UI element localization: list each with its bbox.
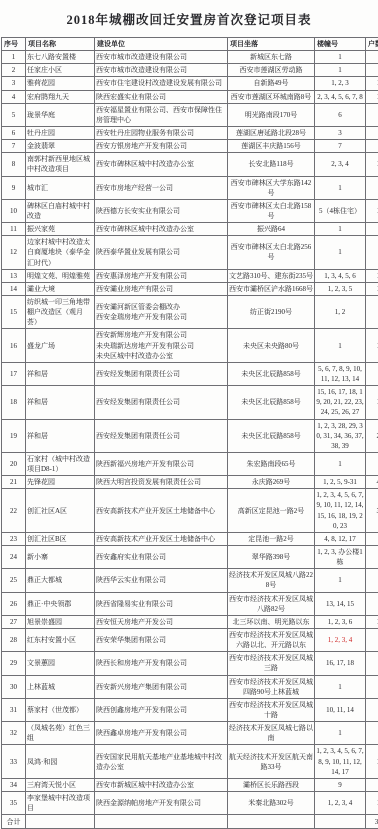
cell-households: 974: [366, 532, 378, 545]
table-row: 33凤鸿·和园西安国家民用航天基地产业基地城中村改造办公室航天经济技术开发区航天…: [2, 745, 378, 778]
cell-unit: 西安惠泽房地产开发有限公司: [95, 269, 228, 282]
cell-buildings: 1, 2, 5, 9-31: [315, 476, 366, 489]
cell-unit: 西安市住宅建设村改造建设发展有限公司: [95, 77, 228, 90]
cell-no: 4: [2, 90, 26, 103]
cell-name: 创汇社区B区: [26, 532, 95, 545]
cell-households: 1133: [366, 792, 378, 815]
cell-name: 三府湾天悦小区: [26, 778, 95, 791]
cell-households: 351: [366, 103, 378, 126]
cell-no: 23: [2, 532, 26, 545]
total-empty: [315, 815, 366, 829]
cell-location: 西安市经济技术开发区凤城六路以北、开元路以东: [228, 629, 315, 652]
table-row: 16盛龙广场西安新辉房地产开发有限公司 未央瑞新达房地产开发有限公司 未央区城中…: [2, 329, 378, 362]
cell-unit: 陕西泰华置业发展有限公司: [95, 236, 228, 269]
cell-no: 20: [2, 452, 26, 475]
cell-households: 805: [366, 629, 378, 652]
cell-name: 振兴家苑: [26, 223, 95, 236]
cell-households: 120: [366, 51, 378, 64]
cell-households: 100: [366, 236, 378, 269]
cell-households: 1338: [366, 153, 378, 176]
cell-location: 翠华路398号: [228, 546, 315, 569]
cell-location: 高新区定昆池一路2号: [228, 489, 315, 533]
cell-unit: 西安市新城区城中村改造办公室: [95, 778, 228, 791]
header-households: 户数: [366, 38, 378, 51]
cell-buildings: 1, 2, 3, 4: [315, 629, 366, 652]
cell-households: 1388: [366, 329, 378, 362]
cell-buildings: 4, 8, 12, 17: [315, 532, 366, 545]
cell-no: 16: [2, 329, 26, 362]
table-row: 21先锋花园陕西大明宫投资发展有限责任公司永庆路269号1, 2, 5, 9-3…: [2, 476, 378, 489]
cell-no: 11: [2, 223, 26, 236]
table-row: 27旭景崇盛园西安恒天房地产开发公司北三环以南、明光路以东1, 2, 3, 61…: [2, 615, 378, 628]
cell-no: 25: [2, 569, 26, 592]
cell-unit: 西安灞河新区管委会棚改办 西安金瑞房地产开发有限公司: [95, 295, 228, 328]
table-row: 15纺织城一印三角地带棚户改造区（观月荟）西安灞河新区管委会棚改办 西安金瑞房地…: [2, 295, 378, 328]
cell-households: 415: [366, 452, 378, 475]
cell-location: 纺正街2190号: [228, 295, 315, 328]
cell-location: 未央区北辰路858号: [228, 419, 315, 452]
table-row: 23创汇社区B区西安高新技术产业开发区土地储备中心定昆池一路2号4, 8, 12…: [2, 532, 378, 545]
cell-name: 东七八路安置楼: [26, 51, 95, 64]
cell-unit: 西安市碑林区城中村改造办公室: [95, 153, 228, 176]
cell-location: 西安市碑林区太白北路158号: [228, 199, 315, 222]
cell-unit: 陕西鑫卓房地产开发有限公司: [95, 722, 228, 745]
cell-location: 新城区东七路: [228, 51, 315, 64]
cell-no: 7: [2, 140, 26, 153]
cell-buildings: 1: [315, 236, 366, 269]
header-row: 序号 项目名称 建设单位 项目坐落 楼幢号 户数: [2, 38, 378, 51]
cell-households: 411: [366, 778, 378, 791]
cell-location: 西安市经济技术开发区凤城八路82号: [228, 592, 315, 615]
cell-no: 32: [2, 722, 26, 745]
cell-location: 西安市灞桥区浐水路1668号: [228, 282, 315, 295]
table-row: 35李家堡城中村改造项目陕西金源纳帕房地产开发有限公司米秦北路302号1, 2,…: [2, 792, 378, 815]
cell-households: 39: [366, 140, 378, 153]
cell-unit: 陕西金源纳帕房地产开发有限公司: [95, 792, 228, 815]
cell-name: 雅荷花园: [26, 77, 95, 90]
cell-name: 创汇社区A区: [26, 489, 95, 533]
table-row: 32（凤城名苑）红色三组陕西鑫卓房地产开发有限公司经济技术开发区凤城七路以南12…: [2, 722, 378, 745]
cell-unit: 西安市城市改造建设有限公司: [95, 64, 228, 77]
table-row: 12边家村城中村改造太白商厦地块（泰华金汇时代）陕西泰华置业发展有限公司西安市碑…: [2, 236, 378, 269]
cell-unit: 陕西省隆易实业有限公司: [95, 592, 228, 615]
cell-no: 1: [2, 51, 26, 64]
cell-households: 518: [366, 223, 378, 236]
cell-name: 纺织城一印三角地带棚户改造区（观月荟）: [26, 295, 95, 328]
cell-no: 2: [2, 64, 26, 77]
cell-unit: 西安鑫府实业有限公司: [95, 546, 228, 569]
cell-no: 29: [2, 652, 26, 675]
table-row: 9城市汇西安市房地产经营一公司西安市碑林区大学东路142号1122: [2, 176, 378, 199]
header-buildings: 楼幢号: [315, 38, 366, 51]
cell-location: 朱宏路南段65号: [228, 452, 315, 475]
cell-no: 8: [2, 153, 26, 176]
cell-unit: 西安经发集团有限责任公司: [95, 362, 228, 385]
total-empty: [26, 815, 95, 829]
cell-name: 牡丹庄园: [26, 126, 95, 139]
cell-households: 1380: [366, 269, 378, 282]
cell-buildings: 1, 2, 3: [315, 77, 366, 90]
cell-location: 长安北路118号: [228, 153, 315, 176]
cell-name: 李家堡城中村改造项目: [26, 792, 95, 815]
cell-no: 26: [2, 592, 26, 615]
table-row: 19祥和居西安经发集团有限责任公司未央区北辰路858号1, 2, 3, 28, …: [2, 419, 378, 452]
cell-location: 北三环以南、明光路以东: [228, 615, 315, 628]
cell-households: 1135: [366, 77, 378, 90]
cell-buildings: 1: [315, 329, 366, 362]
cell-households: 1055: [366, 615, 378, 628]
cell-location: 航天经济技术开发区航天南路33号: [228, 745, 315, 778]
cell-no: 5: [2, 103, 26, 126]
header-unit: 建设单位: [95, 38, 228, 51]
cell-location: 西安市莲湖区环城南路8号: [228, 90, 315, 103]
cell-no: 30: [2, 675, 26, 698]
header-name: 项目名称: [26, 38, 95, 51]
cell-name: 石家村（城中村改造项目D8-1）: [26, 452, 95, 475]
cell-buildings: 1: [315, 176, 366, 199]
table-row: 4宏府鹍翔九天陕西宏盛实业有限公司西安市莲湖区环城南路8号2, 3, 4, 5,…: [2, 90, 378, 103]
cell-location: 文艺路310号、建东街235号: [228, 269, 315, 282]
cell-households: 270: [366, 722, 378, 745]
cell-unit: 西安荣华集团有限公司: [95, 629, 228, 652]
cell-name: 鼎正大都城: [26, 569, 95, 592]
cell-unit: 陕西华云实业有限公司: [95, 569, 228, 592]
cell-unit: 西安牡丹庄园物业服务有限公司: [95, 126, 228, 139]
cell-no: 34: [2, 778, 26, 791]
cell-buildings: 1: [315, 722, 366, 745]
cell-buildings: 1, 2: [315, 295, 366, 328]
cell-buildings: 1, 2, 3, 28, 29, 30, 31, 34, 36, 37, 38,…: [315, 419, 366, 452]
cell-buildings: 2, 3, 4: [315, 153, 366, 176]
table-row: 13明煌文苑、明煌雅苑西安惠泽房地产开发有限公司文艺路310号、建东街235号1…: [2, 269, 378, 282]
table-row: 20石家村（城中村改造项目D8-1）陕西新福兴房地产开发有限公司朱宏路南段65号…: [2, 452, 378, 475]
cell-buildings: 10, 11, 14: [315, 698, 366, 721]
table-row: 17祥和居西安经发集团有限责任公司未央区北辰路858号5, 6, 7, 8, 9…: [2, 362, 378, 385]
cell-location: 西安市碑林区太白北路256号: [228, 236, 315, 269]
total-empty: [228, 815, 315, 829]
cell-unit: 西安福星置业有限公司、西安市保障性住房管理中心: [95, 103, 228, 126]
table-row: 6牡丹庄园西安牡丹庄园物业服务有限公司莲湖区唐延路北段28号3218: [2, 126, 378, 139]
cell-buildings: 1, 2, 3, 4, 5, 6, 7, 8, 9, 10, 11, 12, 1…: [315, 745, 366, 778]
cell-name: 金波翡翠: [26, 140, 95, 153]
cell-unit: 西安灞业房地产有限公司: [95, 282, 228, 295]
cell-households: 1973: [366, 90, 378, 103]
cell-unit: 西安恒天房地产开发公司: [95, 615, 228, 628]
cell-name: 宏府鹍翔九天: [26, 90, 95, 103]
cell-location: 未央区未央路80号: [228, 329, 315, 362]
cell-name: 上林蓝城: [26, 675, 95, 698]
cell-unit: 陕西宏盛实业有限公司: [95, 90, 228, 103]
cell-households: 3851: [366, 489, 378, 533]
table-row: 1东七八路安置楼西安市城市改造建设有限公司新城区东七路1120: [2, 51, 378, 64]
document-title: 2018年城棚改回迁安置房首次登记项目表: [0, 10, 378, 28]
table-body: 1东七八路安置楼西安市城市改造建设有限公司新城区东七路11202任家庄小区西安市…: [2, 51, 378, 829]
cell-name: 灞业大境: [26, 282, 95, 295]
registration-table: 序号 项目名称 建设单位 项目坐落 楼幢号 户数 1东七八路安置楼西安市城市改造…: [1, 37, 378, 829]
cell-households: 1414: [366, 199, 378, 222]
cell-location: 西安市碑林区大学东路142号: [228, 176, 315, 199]
cell-location: 西安市经济技术开发区凤城三路: [228, 652, 315, 675]
cell-location: 振兴路64: [228, 223, 315, 236]
total-row: 合计35887: [2, 815, 378, 829]
cell-location: 经济技术开发区凤城七路以南: [228, 722, 315, 745]
cell-buildings: 6: [315, 103, 366, 126]
cell-name: 珑景华庭: [26, 103, 95, 126]
table-row: 5珑景华庭西安福星置业有限公司、西安市保障性住房管理中心明光路南段170号635…: [2, 103, 378, 126]
cell-location: 西安市经济技术开发区凤城四路90号上林蓝城: [228, 675, 315, 698]
cell-location: 莲湖区唐延路北段28号: [228, 126, 315, 139]
cell-unit: 陕西德方长安实业有限公司: [95, 199, 228, 222]
cell-name: 先锋花园: [26, 476, 95, 489]
cell-name: 凤鸿·和园: [26, 745, 95, 778]
cell-households: 1224: [366, 386, 378, 419]
table-row: 10碑林区白庙村城中村改造陕西德方长安实业有限公司西安市碑林区太白北路158号5…: [2, 199, 378, 222]
cell-location: 西安市经济技术开发区凤城十路: [228, 698, 315, 721]
cell-location: 灞桥区长乐路西段: [228, 778, 315, 791]
cell-location: 经济技术开发区凤城八路228号: [228, 569, 315, 592]
cell-no: 9: [2, 176, 26, 199]
cell-households: 45: [366, 295, 378, 328]
cell-location: 明光路南段170号: [228, 103, 315, 126]
table-row: 18祥和居西安经发集团有限责任公司未央区北辰路858号15, 16, 17, 1…: [2, 386, 378, 419]
header-location: 项目坐落: [228, 38, 315, 51]
cell-buildings: 7: [315, 140, 366, 153]
table-row: 7金波翡翠西安方银房地产开发有限公司莲湖区丰庆路156号739: [2, 140, 378, 153]
cell-households: 503: [366, 64, 378, 77]
cell-unit: 陕西新福兴房地产开发有限公司: [95, 452, 228, 475]
cell-location: 永庆路269号: [228, 476, 315, 489]
cell-buildings: 16, 17, 18: [315, 652, 366, 675]
cell-name: 祥和居: [26, 362, 95, 385]
cell-no: 3: [2, 77, 26, 90]
cell-no: 27: [2, 615, 26, 628]
cell-households: 847: [366, 546, 378, 569]
cell-no: 14: [2, 282, 26, 295]
cell-location: 自新路49号: [228, 77, 315, 90]
cell-name: 红东村安置小区: [26, 629, 95, 652]
total-empty: [95, 815, 228, 829]
table-row: 2任家庄小区西安市城市改造建设有限公司西安市莲湖区劳动路1503: [2, 64, 378, 77]
cell-no: 21: [2, 476, 26, 489]
table-row: 28红东村安置小区西安荣华集团有限公司西安市经济技术开发区凤城六路以北、开元路以…: [2, 629, 378, 652]
table-row: 26鼎正·中央领郡陕西省隆易实业有限公司西安市经济技术开发区凤城八路82号13,…: [2, 592, 378, 615]
cell-name: 祥和居: [26, 386, 95, 419]
cell-households: 872: [366, 362, 378, 385]
cell-location: 莲湖区丰庆路156号: [228, 140, 315, 153]
cell-households: 2320: [366, 419, 378, 452]
table-row: 14灞业大境西安灞业房地产有限公司西安市灞桥区浐水路1668号1, 2, 3, …: [2, 282, 378, 295]
cell-no: 22: [2, 489, 26, 533]
cell-buildings: 1, 2, 3, 5: [315, 282, 366, 295]
table-row: 31蔡家村（世茂都）陕西创鑫房地产开发有限公司西安市经济技术开发区凤城十路10,…: [2, 698, 378, 721]
cell-name: 边家村城中村改造太白商厦地块（泰华金汇时代）: [26, 236, 95, 269]
cell-buildings: 1: [315, 223, 366, 236]
cell-households: 882: [366, 675, 378, 698]
table-row: 22创汇社区A区西安高新技术产业开发区土地储备中心高新区定昆池一路2号1, 2,…: [2, 489, 378, 533]
cell-no: 17: [2, 362, 26, 385]
cell-name: 鼎正·中央领郡: [26, 592, 95, 615]
table-row: 25鼎正大都城陕西华云实业有限公司经济技术开发区凤城八路228号1487: [2, 569, 378, 592]
cell-unit: 陕西创鑫房地产开发有限公司: [95, 698, 228, 721]
cell-households: 1483: [366, 745, 378, 778]
cell-no: 24: [2, 546, 26, 569]
cell-location: 定昆池一路2号: [228, 532, 315, 545]
table-row: 11振兴家苑西安市碑林区城中村改造办公室振兴路641518: [2, 223, 378, 236]
cell-buildings: 13, 14, 15: [315, 592, 366, 615]
cell-buildings: 2, 3, 4, 5, 6, 7, 8: [315, 90, 366, 103]
cell-location: 米秦北路302号: [228, 792, 315, 815]
cell-households: 1094: [366, 282, 378, 295]
cell-no: 31: [2, 698, 26, 721]
cell-unit: 西安方银房地产开发有限公司: [95, 140, 228, 153]
cell-location: 未央区北辰路858号: [228, 386, 315, 419]
cell-households: 904: [366, 652, 378, 675]
cell-name: 新小寨: [26, 546, 95, 569]
cell-name: 明煌文苑、明煌雅苑: [26, 269, 95, 282]
cell-no: 33: [2, 745, 26, 778]
cell-households: 4171: [366, 476, 378, 489]
cell-no: 19: [2, 419, 26, 452]
cell-buildings: 1, 2, 3, 4, 5, 6, 7, 9, 10, 11, 12, 14, …: [315, 489, 366, 533]
cell-unit: 西安国家民用航天基地产业基地城中村改造办公室: [95, 745, 228, 778]
cell-no: 12: [2, 236, 26, 269]
table-row: 3雅荷花园西安市住宅建设村改造建设发展有限公司自新路49号1, 2, 31135: [2, 77, 378, 90]
cell-name: 南郭村新西里地区城中村改造项目: [26, 153, 95, 176]
cell-buildings: 9: [315, 778, 366, 791]
cell-name: 旭景崇盛园: [26, 615, 95, 628]
cell-unit: 西安市房地产经营一公司: [95, 176, 228, 199]
table-row: 30上林蓝城西安新兴房地产集团有限公司西安市经济技术开发区凤城四路90号上林蓝城…: [2, 675, 378, 698]
cell-unit: 西安市碑林区城中村改造办公室: [95, 223, 228, 236]
total-label: 合计: [2, 815, 26, 829]
cell-name: 文景蕙园: [26, 652, 95, 675]
cell-households: 866: [366, 698, 378, 721]
cell-no: 10: [2, 199, 26, 222]
cell-households: 487: [366, 569, 378, 592]
cell-unit: 西安经发集团有限责任公司: [95, 419, 228, 452]
table-row: 29文景蕙园陕西长和房地产开发有限公司西安市经济技术开发区凤城三路16, 17,…: [2, 652, 378, 675]
cell-unit: 西安高新技术产业开发区土地储备中心: [95, 489, 228, 533]
cell-name: 碑林区白庙村城中村改造: [26, 199, 95, 222]
cell-buildings: 1, 3, 4, 5, 6: [315, 269, 366, 282]
cell-no: 15: [2, 295, 26, 328]
cell-buildings: 1: [315, 452, 366, 475]
cell-buildings: 15, 16, 17, 18, 19, 20, 21, 22, 23, 24, …: [315, 386, 366, 419]
cell-unit: 西安经发集团有限责任公司: [95, 386, 228, 419]
cell-buildings: 1: [315, 64, 366, 77]
cell-name: 蔡家村（世茂都）: [26, 698, 95, 721]
document-page: 2018年城棚改回迁安置房首次登记项目表 序号 项目名称 建设单位 项目坐落 楼…: [0, 0, 378, 829]
cell-buildings: 1: [315, 675, 366, 698]
cell-buildings: 3: [315, 126, 366, 139]
cell-unit: 西安市城市改造建设有限公司: [95, 51, 228, 64]
cell-no: 6: [2, 126, 26, 139]
cell-no: 13: [2, 269, 26, 282]
cell-buildings: 1, 2, 3, 办公楼1栋: [315, 546, 366, 569]
cell-unit: 西安高新技术产业开发区土地储备中心: [95, 532, 228, 545]
table-row: 24新小寨西安鑫府实业有限公司翠华路398号1, 2, 3, 办公楼1栋847: [2, 546, 378, 569]
cell-households: 218: [366, 126, 378, 139]
cell-name: 城市汇: [26, 176, 95, 199]
table-row: 34三府湾天悦小区西安市新城区城中村改造办公室灞桥区长乐路西段9411: [2, 778, 378, 791]
cell-buildings: 1: [315, 51, 366, 64]
cell-buildings: 1: [315, 569, 366, 592]
cell-unit: 陕西大明宫投资发展有限责任公司: [95, 476, 228, 489]
cell-buildings: 5, 6, 7, 8, 9, 10, 11, 12, 13, 14: [315, 362, 366, 385]
cell-households: 122: [366, 176, 378, 199]
table-row: 8南郭村新西里地区城中村改造项目西安市碑林区城中村改造办公室长安北路118号2,…: [2, 153, 378, 176]
cell-no: 28: [2, 629, 26, 652]
cell-households: 790: [366, 592, 378, 615]
cell-no: 18: [2, 386, 26, 419]
cell-no: 35: [2, 792, 26, 815]
cell-unit: 西安新辉房地产开发有限公司 未央瑞新达房地产开发有限公司 未央区城中村改造办公室: [95, 329, 228, 362]
cell-buildings: 1, 2, 3, 6: [315, 615, 366, 628]
cell-buildings: 1, 2, 3, 4: [315, 792, 366, 815]
cell-location: 西安市莲湖区劳动路: [228, 64, 315, 77]
total-households: 35887: [366, 815, 378, 829]
cell-location: 未央区北辰路858号: [228, 362, 315, 385]
header-no: 序号: [2, 38, 26, 51]
cell-buildings: 5（4栋住宅）: [315, 199, 366, 222]
cell-unit: 西安新兴房地产集团有限公司: [95, 675, 228, 698]
cell-name: 盛龙广场: [26, 329, 95, 362]
cell-name: 祥和居: [26, 419, 95, 452]
cell-unit: 陕西长和房地产开发有限公司: [95, 652, 228, 675]
cell-name: （凤城名苑）红色三组: [26, 722, 95, 745]
cell-name: 任家庄小区: [26, 64, 95, 77]
table-header: 序号 项目名称 建设单位 项目坐落 楼幢号 户数: [2, 38, 378, 51]
